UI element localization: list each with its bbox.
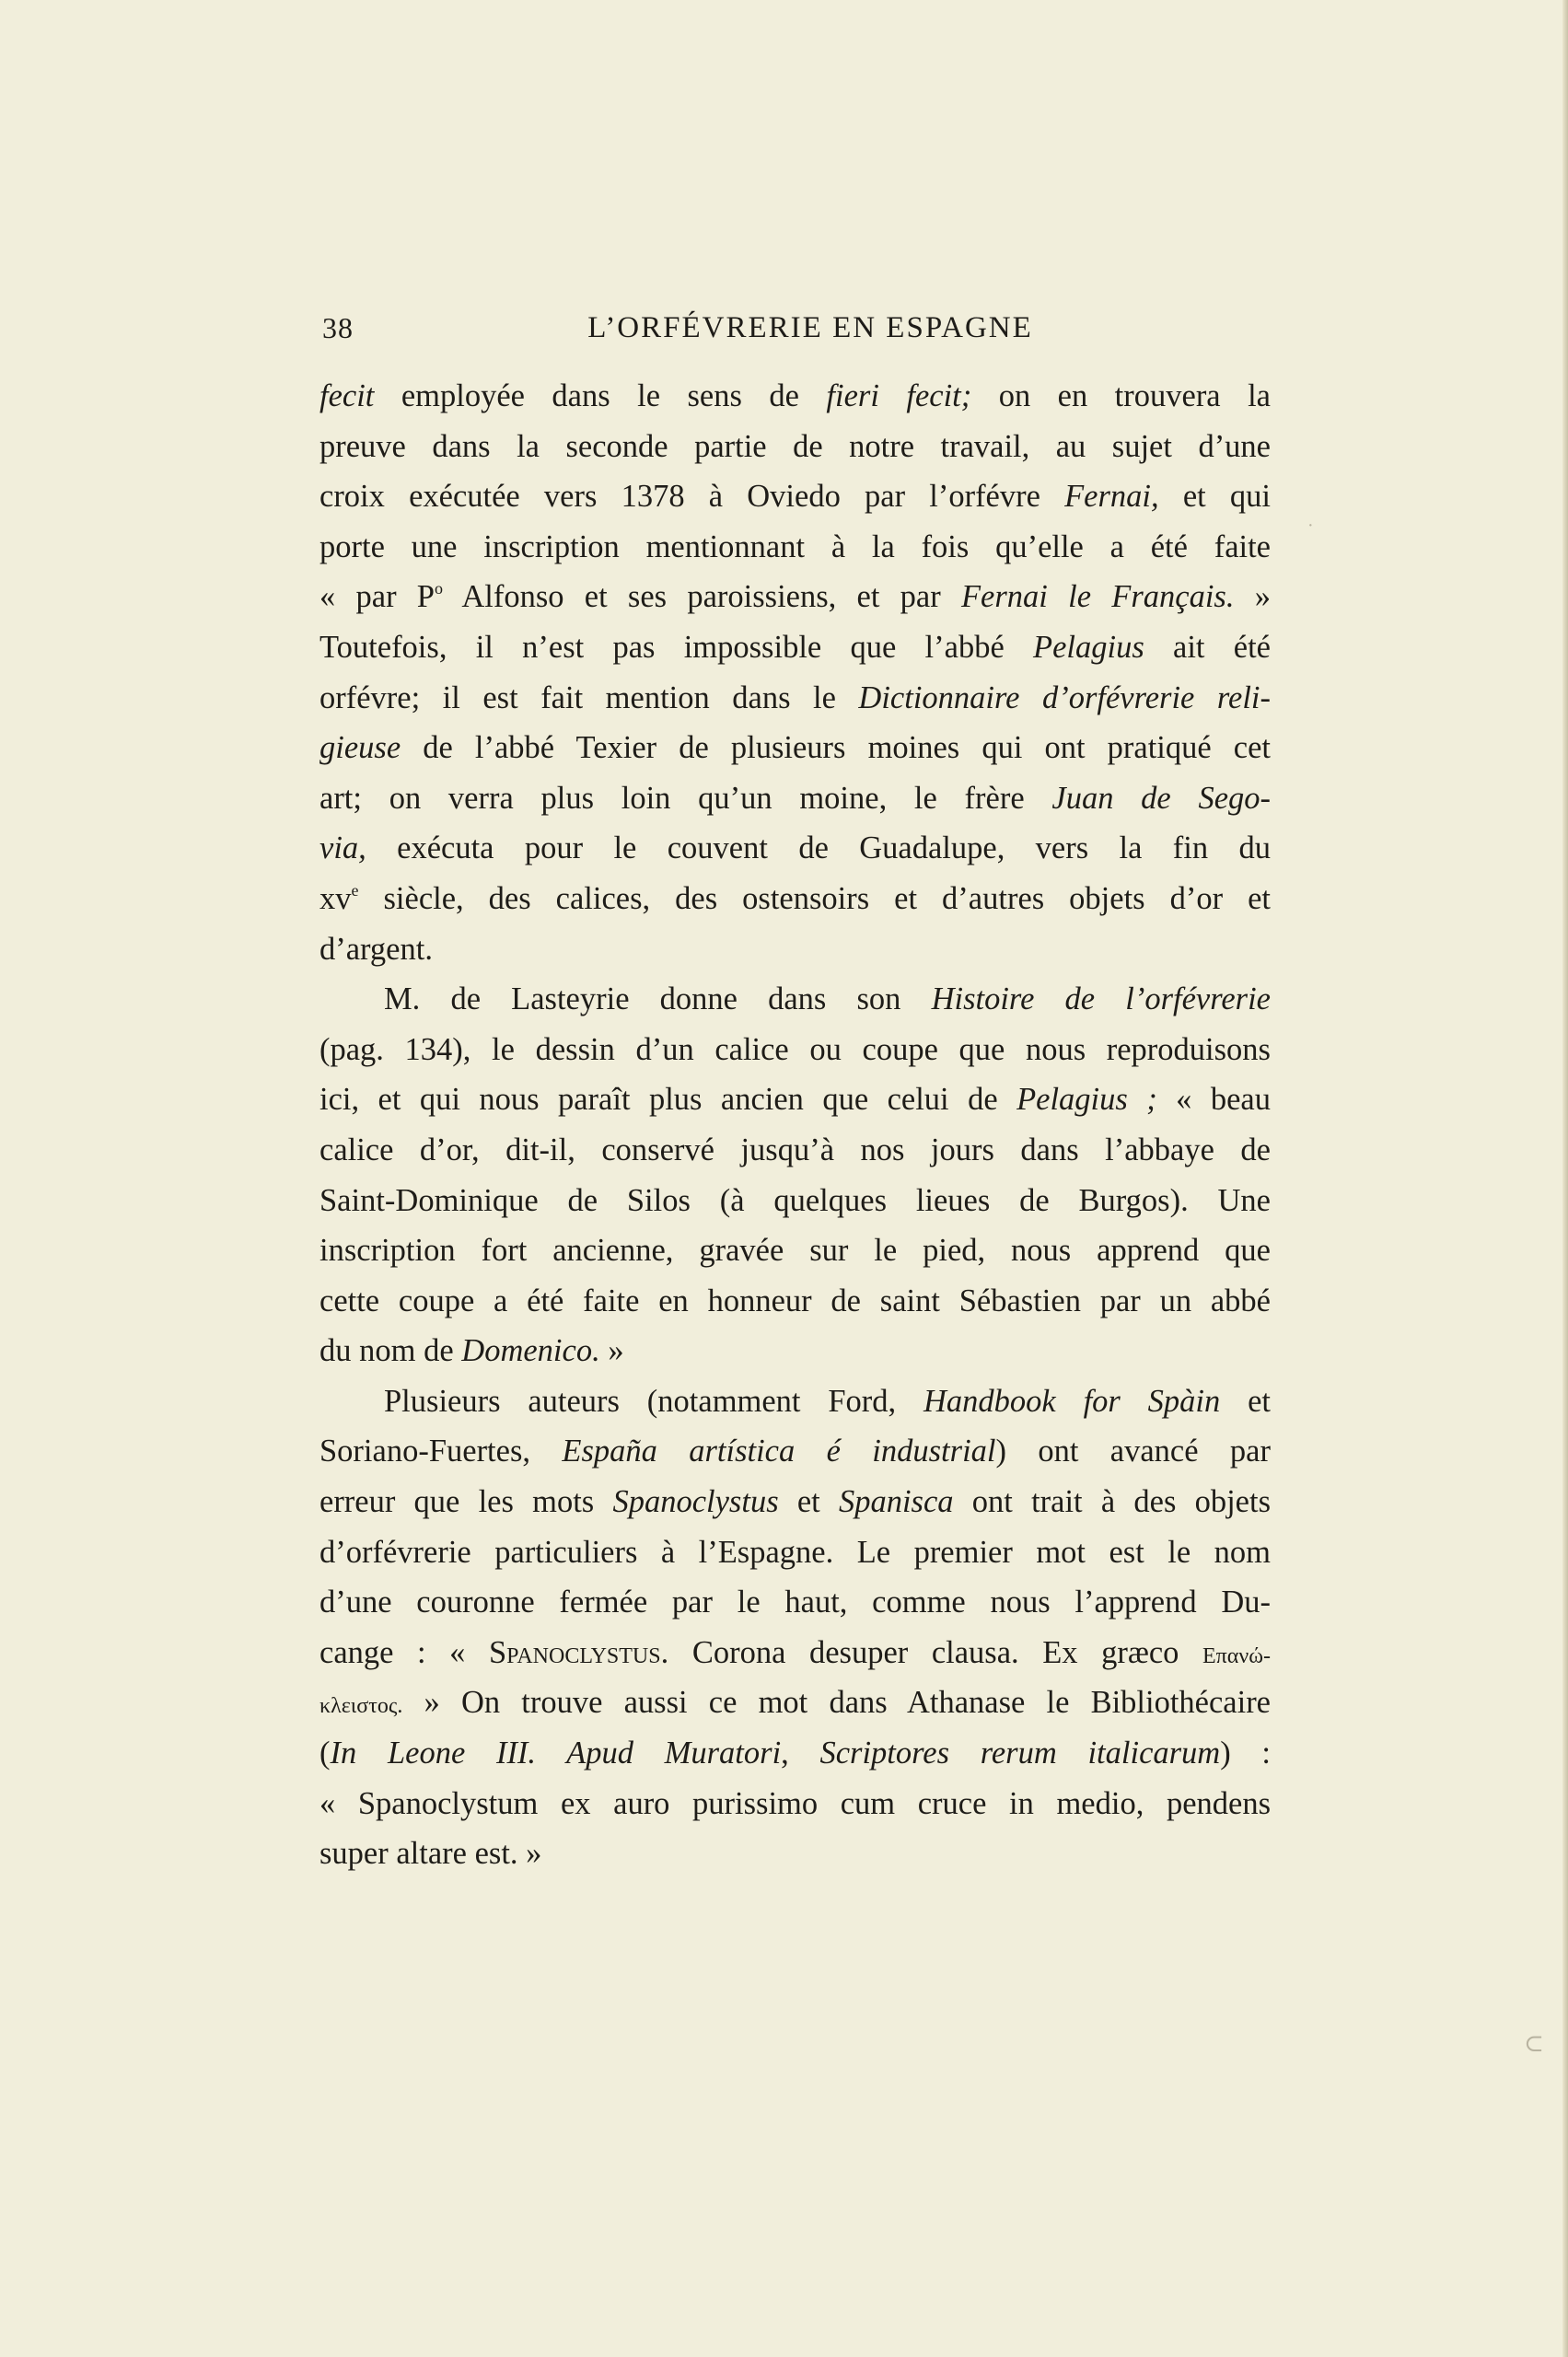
text-run: orfévre; il est fait mention dans le bbox=[319, 680, 858, 715]
text-run: calice d’or, dit-il, conservé jusqu’à no… bbox=[319, 1132, 1271, 1167]
text-line: cange : « Spanoclystus. Corona desuper c… bbox=[319, 1628, 1271, 1678]
text-run: exécuta pour le couvent de Guadalupe, ve… bbox=[366, 830, 1271, 865]
text-run: d’orfévrerie particuliers à l’Espagne. L… bbox=[319, 1535, 1271, 1570]
text-run: » bbox=[1235, 579, 1272, 614]
italic-text: Fernai, bbox=[1064, 479, 1159, 514]
text-run: ait été bbox=[1144, 630, 1271, 665]
italic-text: Histoire de l’orfévrerie bbox=[932, 981, 1271, 1016]
text-run: et bbox=[1220, 1384, 1271, 1419]
italic-text: Handbook for Spàin bbox=[923, 1384, 1220, 1419]
italic-text: Spanoclystus bbox=[612, 1484, 778, 1519]
text-line: porte une inscription mentionnant à la f… bbox=[319, 522, 1271, 573]
text-run: de l’abbé Texier de plusieurs moines qui… bbox=[401, 730, 1271, 765]
text-run: cette coupe a été faite en honneur de sa… bbox=[319, 1283, 1271, 1318]
text-run: ) : bbox=[1220, 1736, 1271, 1771]
text-line: du nom de Domenico. » bbox=[319, 1326, 1271, 1376]
running-title: L’ORFÉVRERIE EN ESPAGNE bbox=[322, 311, 1271, 345]
text-run: preuve dans la seconde partie de notre t… bbox=[319, 429, 1271, 464]
text-run: (pag. 134), le dessin d’un calice ou cou… bbox=[319, 1032, 1271, 1067]
running-header: 38 L’ORFÉVRERIE EN ESPAGNE bbox=[322, 306, 1271, 352]
text-line: d’une couronne fermée par le haut, comme… bbox=[319, 1577, 1271, 1628]
text-line: (In Leone III. Apud Muratori, Scriptores… bbox=[319, 1728, 1271, 1779]
text-line: ici, et qui nous paraît plus ancien que … bbox=[319, 1074, 1271, 1125]
text-line: Soriano-Fuertes, España artística é indu… bbox=[319, 1426, 1271, 1477]
text-line: via, exécuta pour le couvent de Guadalup… bbox=[319, 823, 1271, 874]
text-run: « Spanoclystum ex auro purissimo cum cru… bbox=[319, 1786, 1271, 1821]
paragraph: fecit employée dans le sens de fieri fec… bbox=[319, 371, 1271, 974]
text-line: preuve dans la seconde partie de notre t… bbox=[319, 422, 1271, 472]
text-line: « par Po Alfonso et ses paroissiens, et … bbox=[319, 572, 1271, 622]
text-line: M. de Lasteyrie donne dans son Histoire … bbox=[319, 974, 1271, 1025]
italic-text: via, bbox=[319, 830, 366, 865]
text-run: ) ont avancé par bbox=[996, 1434, 1271, 1469]
body-text: fecit employée dans le sens de fieri fec… bbox=[319, 371, 1271, 1879]
text-run: d’argent. bbox=[319, 932, 433, 967]
text-line: Toutefois, il n’est pas impossible que l… bbox=[319, 622, 1271, 673]
paragraph: M. de Lasteyrie donne dans son Histoire … bbox=[319, 974, 1271, 1376]
text-run: Spanoclystus bbox=[489, 1635, 661, 1670]
paper-speck: · bbox=[1307, 516, 1314, 537]
italic-text: España artística é industrial bbox=[562, 1434, 995, 1469]
text-run: siècle, des calices, des ostensoirs et d… bbox=[359, 881, 1272, 916]
text-line: erreur que les mots Spanoclystus et Span… bbox=[319, 1477, 1271, 1527]
text-run: Alfonso et ses paroissiens, et par bbox=[443, 579, 961, 614]
text-run: on en trouvera la bbox=[971, 378, 1271, 413]
text-run: κλειστος. bbox=[319, 1694, 402, 1718]
italic-text: gieuse bbox=[319, 730, 401, 765]
text-run: cange : « bbox=[319, 1635, 489, 1670]
superscript: e bbox=[352, 881, 359, 900]
text-run: porte une inscription mentionnant à la f… bbox=[319, 529, 1271, 564]
text-run: du nom de bbox=[319, 1333, 461, 1368]
italic-text: Dictionnaire d’orfévrerie reli- bbox=[858, 680, 1271, 715]
paragraph: Plusieurs auteurs (notamment Ford, Handb… bbox=[319, 1376, 1271, 1879]
italic-text: Pelagius ; bbox=[1016, 1082, 1157, 1117]
text-run: ici, et qui nous paraît plus ancien que … bbox=[319, 1082, 1016, 1117]
italic-text: fecit bbox=[319, 378, 374, 413]
italic-text: Juan de Sego- bbox=[1051, 781, 1271, 816]
text-line: super altare est. » bbox=[319, 1829, 1271, 1879]
text-run: employée dans le sens de bbox=[374, 378, 826, 413]
text-line: (pag. 134), le dessin d’un calice ou cou… bbox=[319, 1025, 1271, 1075]
text-run: ont trait à des objets bbox=[954, 1484, 1271, 1519]
text-line: d’argent. bbox=[319, 924, 1271, 975]
text-run: . Corona desuper clausa. Ex græco bbox=[661, 1635, 1202, 1670]
italic-text: Domenico. bbox=[461, 1333, 599, 1368]
text-line: κλειστος. » On trouve aussi ce mot dans … bbox=[319, 1678, 1271, 1728]
text-run: d’une couronne fermée par le haut, comme… bbox=[319, 1585, 1271, 1620]
text-line: croix exécutée vers 1378 à Oviedo par l’… bbox=[319, 471, 1271, 522]
italic-text: Spanisca bbox=[839, 1484, 954, 1519]
text-line: cette coupe a été faite en honneur de sa… bbox=[319, 1276, 1271, 1327]
text-run: super altare est. » bbox=[319, 1836, 541, 1871]
text-run: erreur que les mots bbox=[319, 1484, 612, 1519]
text-run: M. de Lasteyrie donne dans son bbox=[384, 981, 932, 1016]
text-run: « beau bbox=[1157, 1082, 1271, 1117]
text-run: Soriano-Fuertes, bbox=[319, 1434, 562, 1469]
text-line: xve siècle, des calices, des ostensoirs … bbox=[319, 874, 1271, 924]
paper-mark: ⊂ bbox=[1524, 2030, 1544, 2058]
italic-text: Pelagius bbox=[1033, 630, 1144, 665]
text-run: et qui bbox=[1159, 479, 1271, 514]
italic-text: fieri fecit; bbox=[826, 378, 971, 413]
superscript: o bbox=[435, 579, 443, 598]
text-line: fecit employée dans le sens de fieri fec… bbox=[319, 371, 1271, 422]
text-run: « par P bbox=[319, 579, 435, 614]
text-run: Επανώ- bbox=[1202, 1644, 1271, 1668]
text-line: calice d’or, dit-il, conservé jusqu’à no… bbox=[319, 1125, 1271, 1176]
text-line: Plusieurs auteurs (notamment Ford, Handb… bbox=[319, 1376, 1271, 1427]
text-line: Saint-Dominique de Silos (à quelques lie… bbox=[319, 1176, 1271, 1226]
text-run: inscription fort ancienne, gravée sur le… bbox=[319, 1233, 1271, 1268]
italic-text: In Leone III. Apud Muratori bbox=[331, 1736, 782, 1771]
text-run: » bbox=[600, 1333, 624, 1368]
text-run: Toutefois, il n’est pas impossible que l… bbox=[319, 630, 1033, 665]
italic-text: Fernai le Français. bbox=[961, 579, 1235, 614]
text-run: , bbox=[781, 1736, 819, 1771]
text-line: « Spanoclystum ex auro purissimo cum cru… bbox=[319, 1779, 1271, 1829]
text-run: » On trouve aussi ce mot dans Athanase l… bbox=[402, 1685, 1271, 1720]
italic-text: Scriptores rerum italicarum bbox=[819, 1736, 1220, 1771]
text-run: ( bbox=[319, 1736, 331, 1771]
text-line: orfévre; il est fait mention dans le Dic… bbox=[319, 673, 1271, 724]
text-run: Plusieurs auteurs (notamment Ford, bbox=[384, 1384, 923, 1419]
text-line: d’orfévrerie particuliers à l’Espagne. L… bbox=[319, 1527, 1271, 1578]
text-line: gieuse de l’abbé Texier de plusieurs moi… bbox=[319, 723, 1271, 773]
text-line: inscription fort ancienne, gravée sur le… bbox=[319, 1225, 1271, 1276]
text-line: art; on verra plus loin qu’un moine, le … bbox=[319, 773, 1271, 824]
text-run: art; on verra plus loin qu’un moine, le … bbox=[319, 781, 1051, 816]
text-run: et bbox=[779, 1484, 839, 1519]
page-edge-shadow bbox=[1562, 0, 1568, 2357]
text-run: xv bbox=[319, 881, 352, 916]
text-run: croix exécutée vers 1378 à Oviedo par l’… bbox=[319, 479, 1064, 514]
text-run: Saint-Dominique de Silos (à quelques lie… bbox=[319, 1183, 1271, 1218]
